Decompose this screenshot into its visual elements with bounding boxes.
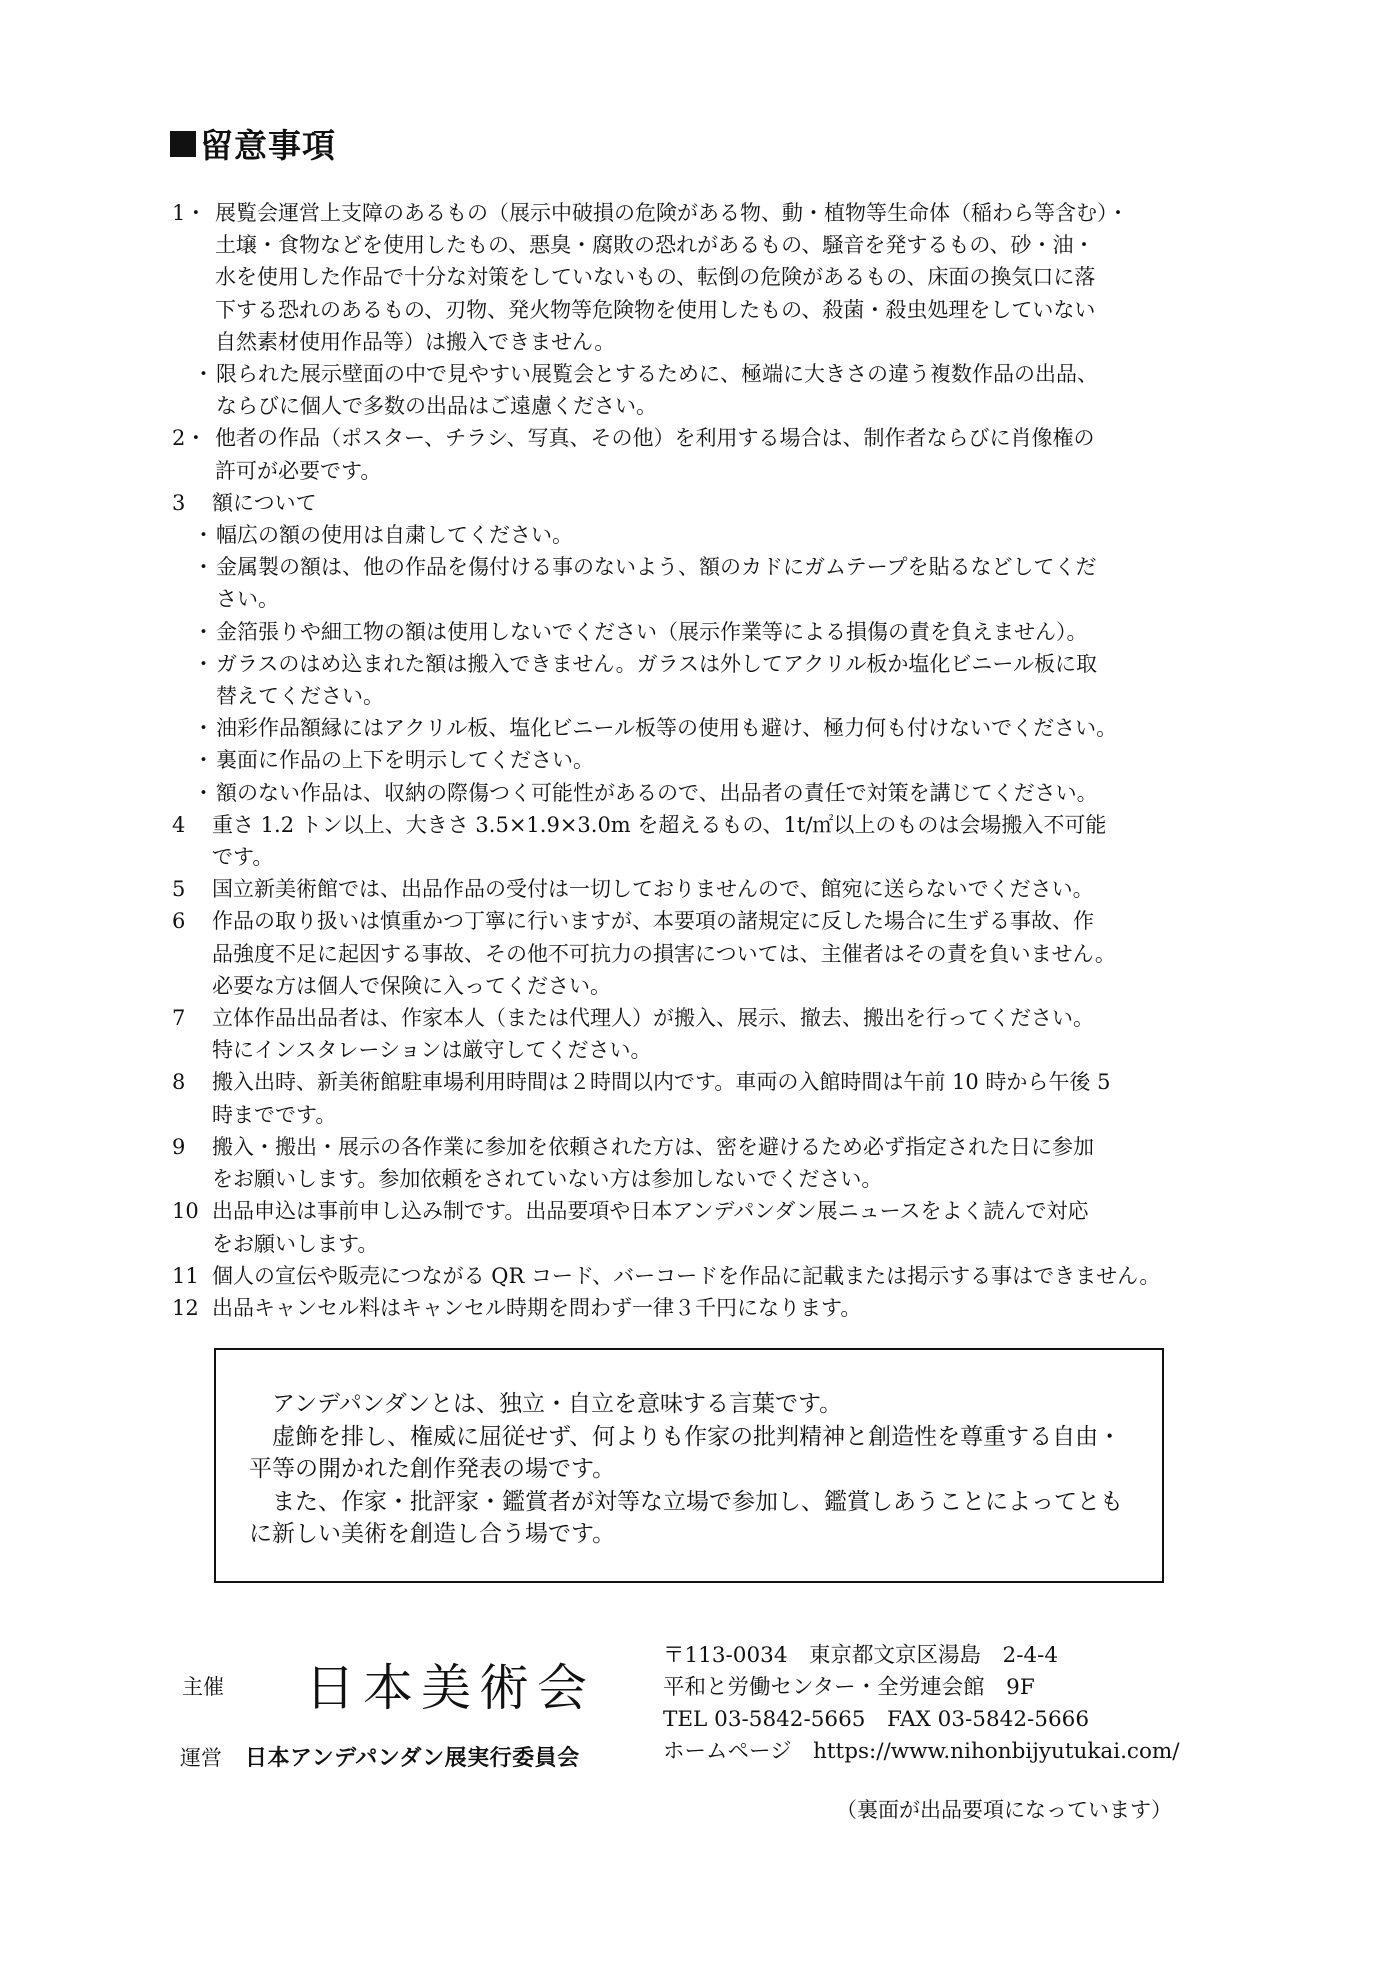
list-item: 1・展覧会運営上支障のあるもの（展示中破損の危険がある物、動・植物等生命体（稲わ…	[172, 197, 1292, 358]
item-body: 国立新美術館では、出品作品の受付は一切しておりませんので、館宛に送らないでくださ…	[212, 873, 1292, 905]
item-line: 個人の宣伝や販売につながる QR コード、バーコードを作品に記載または掲示する事…	[212, 1260, 1292, 1292]
list-item: 5国立新美術館では、出品作品の受付は一切しておりませんので、館宛に送らないでくだ…	[172, 873, 1292, 905]
bullet-icon: ・	[172, 616, 216, 648]
mission-paragraph: アンデパンダンとは、独立・自立を意味する言葉です。	[249, 1388, 1139, 1421]
item-line: 許可が必要です。	[215, 455, 1292, 487]
item-number: 9	[172, 1131, 212, 1195]
item-body: 立体作品出品者は、作家本人（または代理人）が搬入、展示、撤去、搬出を行ってくださ…	[212, 1002, 1292, 1066]
sub-item-line: 裏面に作品の上下を明示してください。	[216, 744, 1292, 776]
sub-item-body: ガラスのはめ込まれた額は搬入できません。ガラスは外してアクリル板か塩化ビニール板…	[216, 648, 1292, 712]
mission-statement-box: アンデパンダンとは、独立・自立を意味する言葉です。虚飾を排し、権威に屈従せず、何…	[214, 1348, 1164, 1583]
item-line: 下する恐れのあるもの、刃物、発火物等危険物を使用したもの、殺菌・殺虫処理をしてい…	[215, 294, 1292, 326]
item-number: 1・	[172, 197, 215, 358]
item-line: 出品キャンセル料はキャンセル時期を問わず一律３千円になります。	[212, 1292, 1292, 1324]
item-line: 品強度不足に起因する事故、その他不可抗力の損害については、主催者はその責を負いま…	[212, 938, 1292, 970]
address-line: 〒113-0034 東京都文京区湯島 2-4-4	[663, 1640, 1180, 1672]
item-line: 特にインスタレーションは厳守してください。	[212, 1034, 1292, 1066]
list-item: 9搬入・搬出・展示の各作業に参加を依頼された方は、密を避けるため必ず指定された日…	[172, 1131, 1292, 1195]
list-item: 12出品キャンセル料はキャンセル時期を問わず一律３千円になります。	[172, 1292, 1292, 1324]
organizer-name: 日本美術会	[305, 1648, 595, 1720]
section-title: 留意事項	[200, 120, 336, 167]
sub-item-line: ガラスのはめ込まれた額は搬入できません。ガラスは外してアクリル板か塩化ビニール板…	[216, 648, 1292, 680]
item-line: をお願いします。参加依頼をされていない方は参加しないでください。	[212, 1163, 1292, 1195]
notes-list: 1・展覧会運営上支障のあるもの（展示中破損の危険がある物、動・植物等生命体（稲わ…	[172, 197, 1292, 1324]
sub-item: ・金箔張りや細工物の額は使用しないでください（展示作業等による損傷の責を負えませ…	[172, 616, 1292, 648]
address-line: TEL 03-5842-5665 FAX 03-5842-5666	[663, 1704, 1180, 1736]
bullet-icon: ・	[172, 551, 216, 615]
item-line: です。	[212, 841, 1292, 873]
item-number: 11	[172, 1260, 212, 1292]
item-line: 水を使用した作品で十分な対策をしていないもの、転倒の危険があるもの、床面の換気口…	[215, 261, 1292, 293]
item-line: 必要な方は個人で保険に入ってください。	[212, 970, 1292, 1002]
mission-paragraph: また、作家・批評家・鑑賞者が対等な立場で参加し、鑑賞しあうことによってともに新し…	[249, 1486, 1139, 1551]
sub-item-body: 金属製の額は、他の作品を傷付ける事のないよう、額のカドにガムテープを貼るなどして…	[216, 551, 1292, 615]
bullet-icon: ・	[172, 744, 216, 776]
bullet-icon: ・	[172, 712, 216, 744]
list-item: 6作品の取り扱いは慎重かつ丁寧に行いますが、本要項の諸規定に反した場合に生ずる事…	[172, 905, 1292, 1002]
item-body: 重さ 1.2 トン以上、大きさ 3.5×1.9×3.0m を超えるもの、1t/㎡…	[212, 809, 1292, 873]
sub-item: ・裏面に作品の上下を明示してください。	[172, 744, 1292, 776]
address-line: 平和と労働センター・全労連会館 9F	[663, 1672, 1180, 1704]
item-number: 2・	[172, 422, 215, 486]
sub-item-body: 裏面に作品の上下を明示してください。	[216, 744, 1292, 776]
item-line: 立体作品出品者は、作家本人（または代理人）が搬入、展示、撤去、搬出を行ってくださ…	[212, 1002, 1292, 1034]
item-line: 自然素材使用作品等）は搬入できません。	[215, 326, 1292, 358]
item-number: 6	[172, 905, 212, 1002]
item-line: 国立新美術館では、出品作品の受付は一切しておりませんので、館宛に送らないでくださ…	[212, 873, 1292, 905]
item-body: 額について	[212, 487, 1292, 519]
item-line: 他者の作品（ポスター、チラシ、写真、その他）を利用する場合は、制作者ならびに肖像…	[215, 422, 1292, 454]
sub-item-line: 金箔張りや細工物の額は使用しないでください（展示作業等による損傷の責を負えません…	[216, 616, 1292, 648]
sub-item: ・金属製の額は、他の作品を傷付ける事のないよう、額のカドにガムテープを貼るなどし…	[172, 551, 1292, 615]
list-item: 8搬入出時、新美術館駐車場利用時間は２時間以内です。車両の入館時間は午前 10 …	[172, 1066, 1292, 1130]
item-body: 展覧会運営上支障のあるもの（展示中破損の危険がある物、動・植物等生命体（稲わら等…	[215, 197, 1292, 358]
list-item: 11個人の宣伝や販売につながる QR コード、バーコードを作品に記載または掲示す…	[172, 1260, 1292, 1292]
item-number: 4	[172, 809, 212, 873]
item-body: 作品の取り扱いは慎重かつ丁寧に行いますが、本要項の諸規定に反した場合に生ずる事故…	[212, 905, 1292, 1002]
bullet-icon: ・	[172, 358, 216, 422]
item-body: 個人の宣伝や販売につながる QR コード、バーコードを作品に記載または掲示する事…	[212, 1260, 1292, 1292]
sub-item-line: ならびに個人で多数の出品はご遠慮ください。	[216, 390, 1292, 422]
item-line: 額について	[212, 487, 1292, 519]
sub-item-body: 幅広の額の使用は自粛してください。	[216, 519, 1292, 551]
item-number: 7	[172, 1002, 212, 1066]
item-number: 10	[172, 1195, 212, 1259]
organizer-label: 主催	[182, 1671, 224, 1701]
list-item: 4重さ 1.2 トン以上、大きさ 3.5×1.9×3.0m を超えるもの、1t/…	[172, 809, 1292, 873]
address-line: ホームページ https://www.nihonbijyutukai.com/	[663, 1736, 1180, 1768]
sub-item: ・限られた展示壁面の中で見やすい展覧会とするために、極端に大きさの違う複数作品の…	[172, 358, 1292, 422]
item-line: 時までです。	[212, 1099, 1292, 1131]
sub-item: ・額のない作品は、収納の際傷つく可能性があるので、出品者の責任で対策を講じてくだ…	[172, 777, 1292, 809]
item-body: 搬入出時、新美術館駐車場利用時間は２時間以内です。車両の入館時間は午前 10 時…	[212, 1066, 1292, 1130]
sub-item-line: 金属製の額は、他の作品を傷付ける事のないよう、額のカドにガムテープを貼るなどして…	[216, 551, 1292, 583]
sub-item-line: 幅広の額の使用は自粛してください。	[216, 519, 1292, 551]
item-number: 5	[172, 873, 212, 905]
item-line: 作品の取り扱いは慎重かつ丁寧に行いますが、本要項の諸規定に反した場合に生ずる事故…	[212, 905, 1292, 937]
sub-item-line: 限られた展示壁面の中で見やすい展覧会とするために、極端に大きさの違う複数作品の出…	[216, 358, 1292, 390]
sub-item-body: 金箔張りや細工物の額は使用しないでください（展示作業等による損傷の責を負えません…	[216, 616, 1292, 648]
operator-name: 日本アンデパンダン展実行委員会	[245, 1741, 580, 1772]
sub-item-body: 額のない作品は、収納の際傷つく可能性があるので、出品者の責任で対策を講じてくださ…	[216, 777, 1292, 809]
sub-item: ・ガラスのはめ込まれた額は搬入できません。ガラスは外してアクリル板か塩化ビニール…	[172, 648, 1292, 712]
item-line: 展覧会運営上支障のあるもの（展示中破損の危険がある物、動・植物等生命体（稲わら等…	[215, 197, 1292, 229]
square-bullet-icon	[170, 131, 196, 157]
item-number: 3	[172, 487, 212, 519]
operator-label: 運営	[180, 1742, 222, 1772]
item-line: をお願いします。	[212, 1228, 1292, 1260]
sub-item-body: 油彩作品額縁にはアクリル板、塩化ビニール板等の使用も避け、極力何も付けないでくだ…	[216, 712, 1292, 744]
list-item: 10出品申込は事前申し込み制です。出品要項や日本アンデパンダン展ニュースをよく読…	[172, 1195, 1292, 1259]
sub-item-line: さい。	[216, 583, 1292, 615]
contact-address: 〒113-0034 東京都文京区湯島 2-4-4平和と労働センター・全労連会館 …	[663, 1640, 1180, 1768]
sub-item: ・幅広の額の使用は自粛してください。	[172, 519, 1292, 551]
bullet-icon: ・	[172, 519, 216, 551]
sub-item-line: 替えてください。	[216, 680, 1292, 712]
item-body: 出品キャンセル料はキャンセル時期を問わず一律３千円になります。	[212, 1292, 1292, 1324]
mission-statement-text: アンデパンダンとは、独立・自立を意味する言葉です。虚飾を排し、権威に屈従せず、何…	[249, 1388, 1139, 1551]
sub-item: ・油彩作品額縁にはアクリル板、塩化ビニール板等の使用も避け、極力何も付けないでく…	[172, 712, 1292, 744]
mission-paragraph: 虚飾を排し、権威に屈従せず、何よりも作家の批判精神と創造性を尊重する自由・平等の…	[249, 1421, 1139, 1486]
item-number: 12	[172, 1292, 212, 1324]
item-line: 重さ 1.2 トン以上、大きさ 3.5×1.9×3.0m を超えるもの、1t/㎡…	[212, 809, 1292, 841]
item-number: 8	[172, 1066, 212, 1130]
list-item: 2・他者の作品（ポスター、チラシ、写真、その他）を利用する場合は、制作者ならびに…	[172, 422, 1292, 486]
item-line: 搬入出時、新美術館駐車場利用時間は２時間以内です。車両の入館時間は午前 10 時…	[212, 1066, 1292, 1098]
bullet-icon: ・	[172, 648, 216, 712]
sub-item-line: 油彩作品額縁にはアクリル板、塩化ビニール板等の使用も避け、極力何も付けないでくだ…	[216, 712, 1292, 744]
bullet-icon: ・	[172, 777, 216, 809]
reverse-side-note: （裏面が出品要項になっています）	[836, 1794, 1172, 1824]
list-item: 7立体作品出品者は、作家本人（または代理人）が搬入、展示、撤去、搬出を行ってくだ…	[172, 1002, 1292, 1066]
sub-item-line: 額のない作品は、収納の際傷つく可能性があるので、出品者の責任で対策を講じてくださ…	[216, 777, 1292, 809]
sub-item-body: 限られた展示壁面の中で見やすい展覧会とするために、極端に大きさの違う複数作品の出…	[216, 358, 1292, 422]
list-item: 3額について	[172, 487, 1292, 519]
item-line: 搬入・搬出・展示の各作業に参加を依頼された方は、密を避けるため必ず指定された日に…	[212, 1131, 1292, 1163]
item-line: 出品申込は事前申し込み制です。出品要項や日本アンデパンダン展ニュースをよく読んで…	[212, 1195, 1292, 1227]
item-body: 搬入・搬出・展示の各作業に参加を依頼された方は、密を避けるため必ず指定された日に…	[212, 1131, 1292, 1195]
item-line: 土壌・食物などを使用したもの、悪臭・腐敗の恐れがあるもの、騒音を発するもの、砂・…	[215, 229, 1292, 261]
item-body: 出品申込は事前申し込み制です。出品要項や日本アンデパンダン展ニュースをよく読んで…	[212, 1195, 1292, 1259]
item-body: 他者の作品（ポスター、チラシ、写真、その他）を利用する場合は、制作者ならびに肖像…	[215, 422, 1292, 486]
section-heading: 留意事項	[170, 120, 336, 167]
